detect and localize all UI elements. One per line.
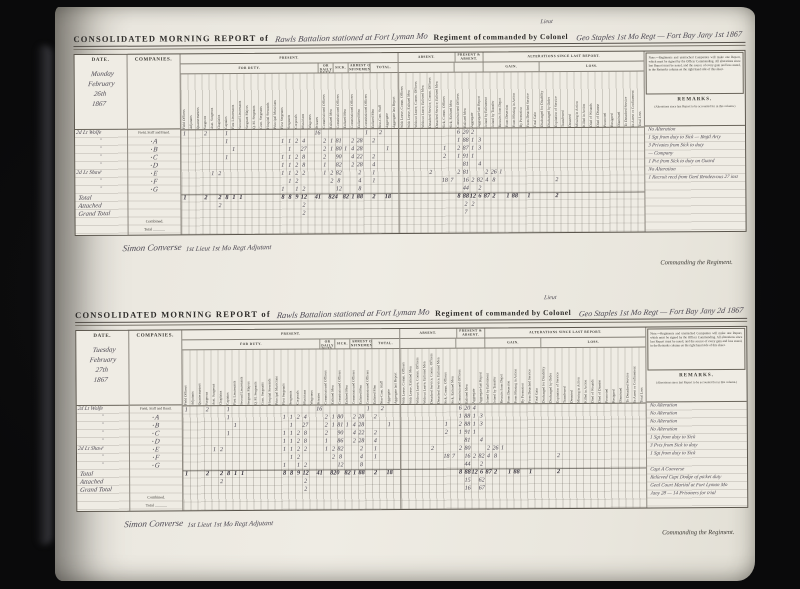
data-cell: 87 [462,145,469,153]
date-line: 1867 [74,98,123,109]
data-cell: 1 [328,145,335,153]
companies-header: COMPANIES. [129,330,181,405]
company-bullet: • [150,139,152,144]
rank-insert-handwritten: Lieut [540,19,553,25]
data-cell: 2 [457,421,464,429]
data-cell: 1 [239,470,246,478]
data-cell: 7 [450,453,457,461]
total-rule [399,192,644,194]
data-cell: 2 [469,177,476,185]
signature-rank: 1st Lieut 1st Mo Regt Adjutant [185,242,272,255]
absent-band: ABSENT. [400,329,457,338]
data-cell: 4 [370,161,377,169]
remark-handwritten: 1 Sgt from duty to Sick [649,450,746,459]
data-cell: 2 [218,478,225,486]
for-duty-band: FOR DUTY. [182,340,320,350]
data-cell: 86 [337,437,344,445]
data-cell: 2 [204,470,211,478]
date-label: DATE. [76,331,128,339]
data-cell: 87 [485,468,492,476]
data-cell: 2 [492,468,499,476]
column-label: Aggregate last Report [391,73,398,129]
data-cell: 81 [335,137,342,145]
data-cell: 2 [429,445,436,453]
data-cell: 2 [372,413,379,421]
data-cell: 44 [464,461,471,469]
data-cell: 1 [469,153,476,161]
data-cell: 1 [469,145,476,153]
data-cell: 82 [337,445,344,453]
data-cell: 1 [372,445,379,453]
data-cell: 3 [478,413,485,421]
data-cell: 88 [462,193,469,201]
commanded-by-group: Lieut commanded by Colonel Geo Staples 1… [486,301,748,321]
data-cell: 88 [356,193,363,201]
date-body: 2d Lt Wolfe2d Lt Shaw"""""""TotalAttache… [77,406,130,510]
data-cell: 1 [225,414,232,422]
data-cell: 80 [335,145,342,153]
data-cell: 82 [344,469,351,477]
data-cell: 2 [457,445,464,453]
data-cell: 1 [469,137,476,145]
data-cell: 2 [202,194,209,202]
data-cell: 4 [485,452,492,460]
data-cell: 41 [314,194,321,202]
arrest-band: IN ARREST OR CONFINEMENT. [350,339,372,348]
data-cell: 1 [279,138,286,146]
data-cell: 67 [478,485,485,493]
ditto-mark: " [75,171,127,176]
column-label: Total Loss [638,348,645,404]
data-cell: 824 [328,193,335,201]
data-cell: 1 [288,430,295,438]
data-cell: 1 [281,446,288,454]
remarks-label: REMARKS. [645,97,745,103]
data-cell: 2 [471,453,478,461]
data-cell: 4 [351,429,358,437]
data-cell: 16 [464,485,471,493]
alterations-band: ALTERATIONS SINCE LAST REPORT. [484,52,644,62]
present-grid: PRESENT.FOR DUTY.EXTRA OR DAILY DUTY.SIC… [182,329,401,510]
data-cell: 88 [513,468,520,476]
data-cell: 22 [356,153,363,161]
alterations-band: ALTERATIONS SINCE LAST REPORT. [486,328,646,338]
remark-handwritten: Jany 28 — 14 Prisoners for trial [650,490,747,499]
data-cell: 2 [204,406,211,414]
data-cell: 1 [384,145,391,153]
report-title-row: CONSOLIDATED MORNING REPORT of Rawls Bat… [73,25,745,45]
data-cell: 1 [281,462,288,470]
data-cell: 2 [293,162,300,170]
present-data-body: 1211612111242181228211272180142811112829… [181,129,399,234]
ditto-mark: " [77,415,129,420]
data-cell: 2 [321,145,328,153]
data-cell: 2 [370,137,377,145]
data-cell: 1 [344,421,351,429]
total-band: TOTAL. [370,63,398,72]
commanding-the-regiment-line: Commanding the Regiment. [76,529,734,540]
column-label: Aggregate last Report [392,349,399,405]
data-cell: 1 [279,170,286,178]
company-bullet: • [151,179,153,184]
data-cell: 3 [478,421,485,429]
data-cell: 1 [279,162,286,170]
data-cell: 80 [464,445,471,453]
remarks-body: No Alteration1 Sgt from duty to Sick — R… [645,126,746,231]
data-cell: 6 [478,469,485,477]
data-cell: 1 [288,422,295,430]
company-bullet: • [150,163,152,168]
data-cell: 12 [300,194,307,202]
data-cell: 1 [223,130,230,138]
data-cell: 1 [286,162,293,170]
field-staff-band-label: Field, Staff and Band. [130,406,182,410]
data-cell: 2 [372,469,379,477]
data-cell: 1 [288,414,295,422]
extra-duty-band: EXTRA OR DAILY DUTY. [321,339,336,348]
field-staff-band-label: Field, Staff and Band. [128,130,180,134]
data-cell: 18 [441,177,448,185]
data-cell: 8 [288,470,295,478]
data-cell: 2 [358,445,365,453]
data-cell: 2 [323,429,330,437]
data-cell: 90 [335,153,342,161]
signature-name: Simon Converse [124,518,184,530]
signature-block: Simon Converse 1st Lieut 1st Mo Regt Adj… [123,237,747,255]
data-cell: 1 [279,186,286,194]
data-cell: 81 [337,421,344,429]
printed-row-label: Combined. [129,219,181,223]
data-cell: 12 [302,470,309,478]
data-cell: 81 [464,437,471,445]
data-cell: 2 [356,169,363,177]
present-grid: PRESENT.FOR DUTY.EXTRA OR DAILY DUTY.SIC… [181,53,400,234]
data-cell: 1 [506,468,513,476]
data-cell: 1 [342,145,349,153]
data-cell: 4 [358,453,365,461]
data-cell: 28 [358,437,365,445]
printed-row-label: Total ............ [129,227,181,231]
data-cell: 1 [471,429,478,437]
data-cell: 1 [230,146,237,154]
absent-spacer [399,63,455,72]
companies-body: Field, Staff and Band.•A•B•C•D•E•F•GComb… [130,405,183,509]
present-absent-band: PRESENT & ABSENT. [455,53,484,62]
data-cell: 1 [497,168,504,176]
remarks-column: Note.—Regiments and unattached Companies… [645,51,746,232]
data-cell: 2 [328,169,335,177]
data-cell: 8 [455,193,462,201]
data-cell: 2 [295,454,302,462]
arrest-band: IN ARREST OR CONFINEMENT. [348,63,370,72]
data-cell: 9 [295,470,302,478]
data-cell: 1 [471,421,478,429]
data-cell: 2 [302,486,309,494]
data-cell: 41 [316,470,323,478]
data-cell: 1 [295,462,302,470]
data-cell: 1 [281,430,288,438]
signature-block: Simon Converse 1st Lieut 1st Mo Regt Adj… [124,513,748,531]
data-cell: 2 [300,170,307,178]
data-cell: 2 [349,161,356,169]
data-cell: 20 [464,405,471,413]
data-cell: 88 [464,413,471,421]
data-cell: 1 [281,438,288,446]
present-absent-band: PRESENT & ABSENT. [457,329,486,338]
remarks-header: Note.—Regiments and unattached Companies… [645,51,745,127]
absent-column-labels: With Leave, Comm. OfficersWith Leave, En… [400,348,645,405]
date-handwritten: TuesdayFebruary27th1867 [76,344,129,385]
data-cell: 8 [337,453,344,461]
data-cell: 2 [455,169,462,177]
commanded-by-group: Lieut commanded by Colonel Geo Staples 1… [483,25,746,45]
data-cell: 1 [288,454,295,462]
company-bullet: • [152,447,154,452]
data-cell: 9 [293,194,300,202]
total-band: TOTAL. [372,339,400,348]
data-cell: 1 [232,470,239,478]
data-cell: 2 [216,170,223,178]
data-cell: 2 [302,478,309,486]
data-cell: 1 [370,169,377,177]
company-bullet: • [152,455,154,460]
ditto-mark: " [75,139,127,144]
data-cell: 1 [183,406,190,414]
data-cell: 2 [555,452,562,460]
data-cell: 1 [293,186,300,194]
data-cell: 2 [330,445,337,453]
date-label: DATE. [75,55,127,63]
data-cell: 8 [225,470,232,478]
gain-band: GAIN. [484,62,540,71]
data-cell: 1 [230,194,237,202]
data-cell: 62 [478,477,485,485]
gain-band: GAIN. [485,338,541,347]
present-data-body: 1211612111242180228211272181142811112829… [183,405,401,510]
remarks-body: No AlterationNo AlterationNo AlterationN… [647,402,748,507]
data-cell: 8 [302,438,309,446]
data-cell: 4 [471,405,478,413]
date-header: DATE.MondayFebruary26th1867 [75,55,127,130]
data-cell: 2 [370,193,377,201]
data-cell: 1 [232,422,239,430]
book-spine-shadow [36,45,52,545]
note-text: Note.—Regiments and unattached Companies… [646,52,744,95]
present-column-labels: Field OfficersAdjutantsQuartermastersSur… [181,73,398,130]
data-cell: 1 [237,194,244,202]
data-cell: 1 [455,137,462,145]
data-cell: 2 [218,446,225,454]
present-absent-spacer [455,63,484,72]
data-cell: 1 [527,468,534,476]
data-cell: 2 [469,129,476,137]
date-column: DATE.TuesdayFebruary27th18672d Lt Wolfe2… [76,331,130,511]
ditto-mark: " [75,155,127,160]
report-title-regiment: Regiment of [435,309,483,318]
report-title: CONSOLIDATED MORNING REPORT of [73,33,269,44]
present-column-labels: Field OfficersAdjutantsQuartermastersSur… [182,349,399,406]
data-cell: 1 [351,469,358,477]
data-cell: 27 [300,146,307,154]
ditto-mark: " [77,463,129,468]
date-column: DATE.MondayFebruary26th18672d Lt Wolfe2d… [75,55,129,235]
data-cell: 1 [457,413,464,421]
absent-alterations-grid: ABSENT.PRESENT & ABSENT.ALTERATIONS SINC… [399,52,646,233]
data-cell: 8 [279,194,286,202]
data-cell: 91 [462,153,469,161]
data-cell: 2 [218,470,225,478]
data-cell: 18 [386,469,393,477]
data-cell: 8 [286,194,293,202]
data-cell: 1 [349,193,356,201]
data-cell: 2 [293,154,300,162]
companies-header: COMPANIES. [128,54,180,129]
company-bullet: • [152,463,154,468]
data-cell: 3 [476,137,483,145]
data-cell: 22 [358,429,365,437]
data-cell: 1 [286,170,293,178]
company-bullet: • [152,439,154,444]
data-cell: 1 [181,130,188,138]
date-handwritten: MondayFebruary26th1867 [74,68,127,109]
data-cell: 82 [335,169,342,177]
data-cell: 1 [321,169,328,177]
data-cell: 2 [351,437,358,445]
company-bullet: • [151,147,153,152]
data-cell: 2 [295,446,302,454]
data-cell: 1 [211,446,218,454]
data-cell: 4 [351,421,358,429]
data-cell: 2 [300,210,307,218]
data-cell: 16 [464,453,471,461]
data-cell: 1 [281,414,288,422]
remarks-caption: (Alterations since last Report to be acc… [648,381,746,385]
company-bullet: • [151,171,153,176]
data-cell: 1 [504,192,511,200]
report-title: CONSOLIDATED MORNING REPORT of [75,309,271,320]
data-cell: 1 [286,138,293,146]
data-cell: 4 [300,138,307,146]
data-cell: 1 [386,421,393,429]
data-cell: 2 [295,430,302,438]
data-cell: 88 [511,192,518,200]
data-cell: 12 [471,469,478,477]
data-cell: 1 [330,421,337,429]
data-cell: 1 [286,154,293,162]
commander-name-handwritten: Geo Staples 1st Mo Regt — Fort Bay Jany … [578,306,743,319]
loss-band: LOSS. [542,338,646,348]
data-cell: 4 [349,145,356,153]
present-absent-spacer [457,339,486,348]
data-cell: 1 [370,177,377,185]
data-cell: 2 [321,137,328,145]
ditto-mark: " [77,447,129,452]
column-label: Total Loss [637,72,644,128]
ditto-mark: " [77,439,129,444]
data-cell: 18 [443,453,450,461]
total-rule [401,468,646,470]
data-cell: 2 [216,194,223,202]
data-cell: 1 [286,178,293,186]
data-cell: 28 [356,137,363,145]
data-cell: 1 [499,444,506,452]
data-cell: 2 [293,170,300,178]
data-cell: 1 [223,138,230,146]
data-cell: 2 [328,177,335,185]
data-cell: 8 [490,176,497,184]
data-cell: 12 [469,193,476,201]
data-cell: 4 [478,437,485,445]
absent-data-body: 6204188131288132191181422802261187162824… [401,404,647,509]
sick-band: SICK. [334,63,349,72]
ditto-mark: " [77,431,129,436]
data-cell: 6 [476,193,483,201]
ditto-mark: " [75,179,127,184]
loss-band: LOSS. [540,62,644,72]
data-cell: 2 [553,192,560,200]
data-cell: 4 [476,161,483,169]
company-bullet: • [152,415,154,420]
data-cell: 1 [321,161,328,169]
data-cell: 82 [335,161,342,169]
remark-handwritten: 1 Recruit recd from Genl Rendezvous 27 i… [648,174,745,183]
ditto-mark: " [77,455,129,460]
present-band: PRESENT. [181,53,398,63]
data-cell: 2 [293,178,300,186]
data-cell: 4 [372,437,379,445]
data-cell: 6 [455,129,462,137]
unit-name-handwritten: Rawls Battalion stationed at Fort Lyman … [274,31,428,45]
report-title-row: CONSOLIDATED MORNING REPORT of Rawls Bat… [75,301,747,321]
remarks-column: Note.—Regiments and unattached Companies… [646,327,747,508]
data-cell: 20 [462,129,469,137]
data-cell: 87 [483,192,490,200]
date-line: 1867 [76,374,125,385]
signature-name: Simon Converse [122,242,182,254]
data-cell: 8 [358,461,365,469]
absent-band: ABSENT. [399,53,456,62]
data-cell: 2 [441,153,448,161]
companies-label: COMPANIES. [129,330,181,338]
data-cell: 8 [223,194,230,202]
printed-row-label: Combined. [130,495,182,499]
book-page: CONSOLIDATED MORNING REPORT of Rawls Bat… [55,7,755,581]
data-cell: 1 [365,405,372,413]
data-cell: 1 [183,470,190,478]
data-cell: 1 [225,406,232,414]
data-cell: 2 [476,185,483,193]
data-cell: 1 [363,129,370,137]
margin-note-handwritten: 2d Lt Wolfe [77,406,103,412]
ditto-mark: " [77,423,129,428]
data-cell: 8 [300,154,307,162]
data-cell: 2 [462,201,469,209]
data-cell: 1 [288,438,295,446]
data-cell: 44 [462,185,469,193]
commanding-the-regiment-line: Commanding the Regiment. [75,259,733,270]
data-cell: 88 [462,137,469,145]
data-cell: 16 [314,130,321,138]
data-cell: 1 [279,154,286,162]
data-cell: 1 [323,445,330,453]
remarks-label: REMARKS. [646,373,746,379]
data-cell: 2 [372,429,379,437]
data-cell: 6 [457,405,464,413]
commander-name-handwritten: Geo Staples 1st Mo Regt — Fort Bay Jany … [575,29,742,42]
data-cell: 2 [300,186,307,194]
remarks-header: Note.—Regiments and unattached Companies… [646,327,746,403]
data-cell: 7 [462,209,469,217]
